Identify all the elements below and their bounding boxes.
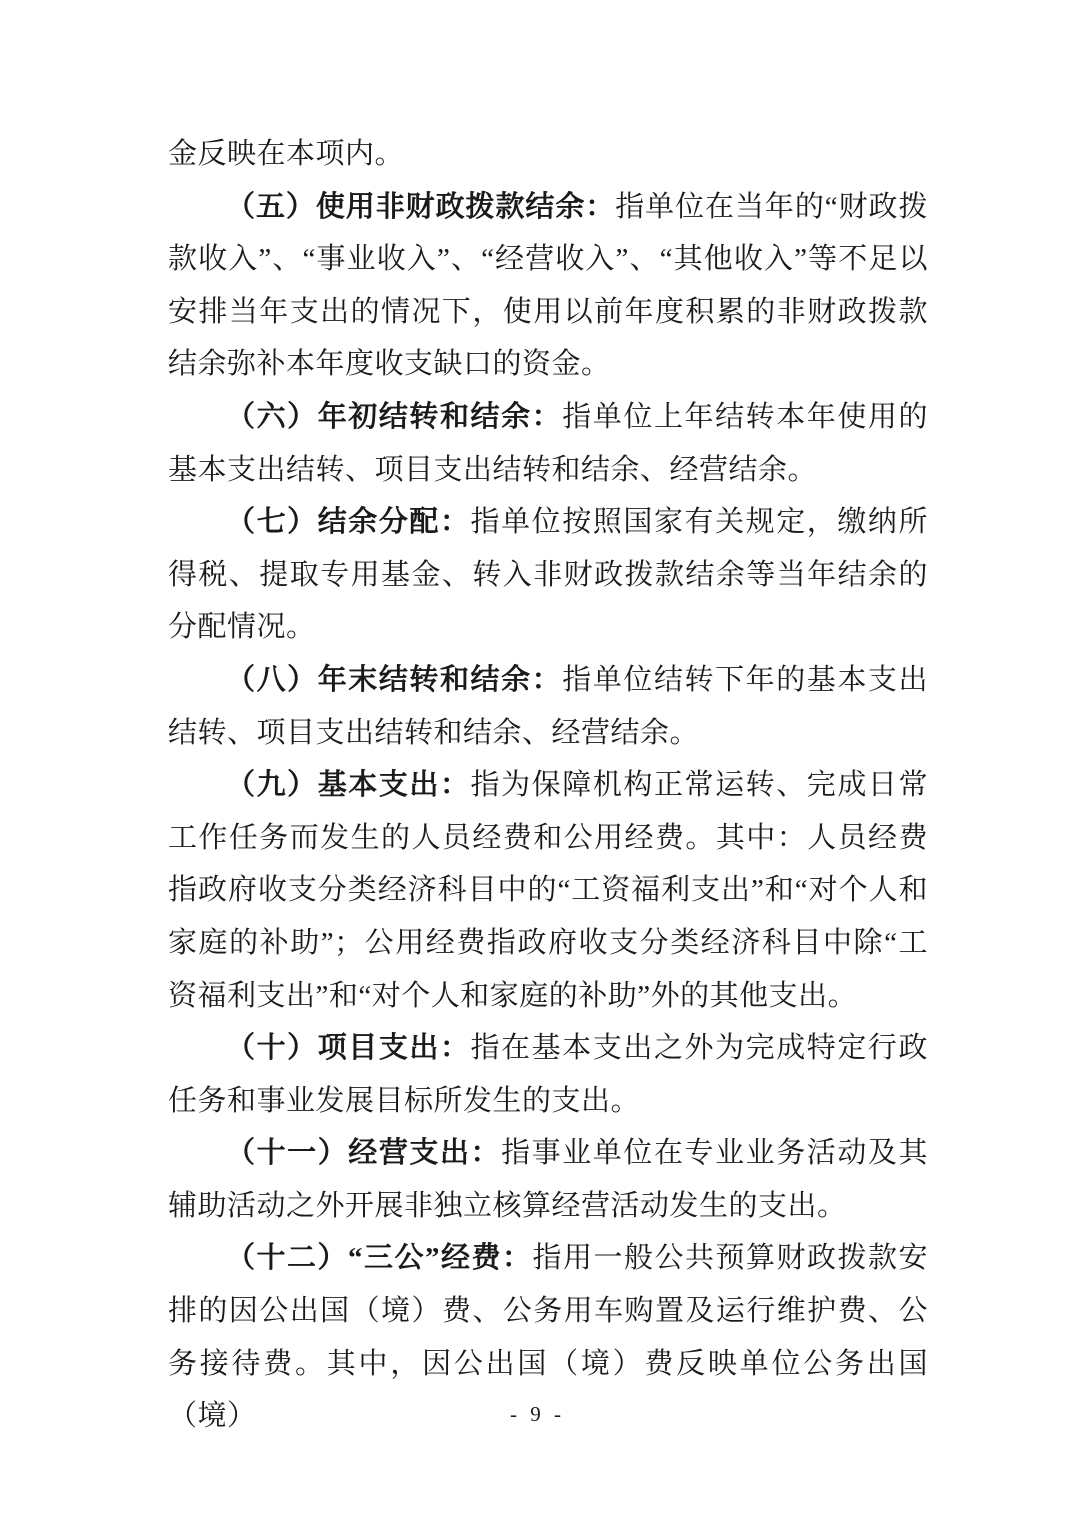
paragraph: （六）年初结转和结余：指单位上年结转本年使用的基本支出结转、项目支出结转和结余、…: [168, 391, 928, 496]
paragraph: 金反映在本项内。: [168, 128, 928, 181]
paragraph-lead: （十）项目支出：: [226, 1032, 471, 1064]
page-footer: - 9 -: [0, 1402, 1075, 1427]
document-page: 金反映在本项内。 （五）使用非财政拨款结余：指单位在当年的“财政拨款收入”、“事…: [0, 0, 1075, 1520]
page-number: - 9 -: [510, 1402, 565, 1426]
paragraph: （七）结余分配：指单位按照国家有关规定，缴纳所得税、提取专用基金、转入非财政拨款…: [168, 496, 928, 654]
paragraph: （八）年末结转和结余：指单位结转下年的基本支出结转、项目支出结转和结余、经营结余…: [168, 654, 928, 759]
paragraph-lead: （六）年初结转和结余：: [226, 401, 562, 433]
paragraph: （五）使用非财政拨款结余：指单位在当年的“财政拨款收入”、“事业收入”、“经营收…: [168, 181, 928, 391]
paragraph-text: 指为保障机构正常运转、完成日常工作任务而发生的人员经费和公用经费。其中：人员经费…: [168, 769, 928, 1011]
paragraph-text: 金反映在本项内。: [168, 138, 404, 170]
paragraph: （十）项目支出：指在基本支出之外为完成特定行政任务和事业发展目标所发生的支出。: [168, 1022, 928, 1127]
paragraph-lead: （十二）“三公”经费：: [226, 1242, 533, 1274]
paragraph-lead: （七）结余分配：: [226, 506, 471, 538]
paragraph-lead: （八）年末结转和结余：: [226, 664, 562, 696]
paragraph-lead: （九）基本支出：: [226, 769, 471, 801]
paragraph: （十一）经营支出：指事业单位在专业业务活动及其辅助活动之外开展非独立核算经营活动…: [168, 1127, 928, 1232]
paragraph: （九）基本支出：指为保障机构正常运转、完成日常工作任务而发生的人员经费和公用经费…: [168, 759, 928, 1022]
paragraph-lead: （五）使用非财政拨款结余：: [226, 191, 615, 223]
paragraph-lead: （十一）经营支出：: [226, 1137, 501, 1169]
document-body: 金反映在本项内。 （五）使用非财政拨款结余：指单位在当年的“财政拨款收入”、“事…: [168, 128, 928, 1443]
